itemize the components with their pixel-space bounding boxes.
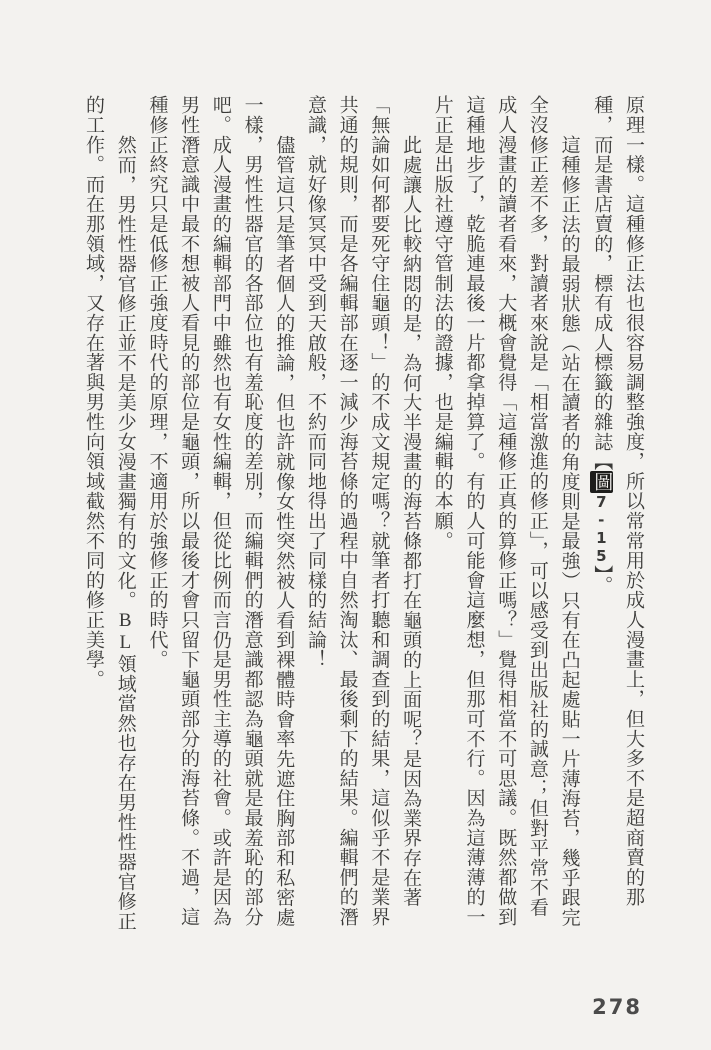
text-column: 原理一樣。這種修正法也很容易調整強度，所以常常用於成人漫畫上，但大多不是超商賣的… [617, 95, 649, 910]
text-column: 然而，男性性器官修正並不是美少女漫畫獨有的文化。BL領域當然也存在男性性器官修正 [109, 95, 141, 910]
text-segment: 成人漫畫的讀者看來，大概會覺得「這種修正真的算修正嗎？」覺得相當不可思議。既然都… [495, 95, 516, 927]
text-segment: 片正是出版社遵守管制法的證據，也是編輯的本願。 [432, 95, 453, 550]
text-segment: 「無論如何都要死守住龜頭！」的不成文規定嗎？就筆者打聽和調查到的結果，這似乎不是… [368, 95, 389, 927]
text-column: 一樣，男性性器官的各部位也有羞恥度的差別，而編輯們的潛意識都認為龜頭就是最羞恥的… [236, 95, 268, 910]
page-number: 278 [592, 995, 642, 1019]
text-segment: 然而，男性性器官修正並不是美少女漫畫獨有的文化。 [115, 135, 136, 610]
text-column: 共通的規則，而是各編輯部在逐一減少海苔條的過程中自然淘汰、最後剩下的結果。編輯們… [331, 95, 363, 910]
text-column: 這種地步了，乾脆連最後一片都拿掉算了。有的人可能會這麼想，但那可不行。因為這薄薄… [458, 95, 490, 910]
text-column: 吧。成人漫畫的編輯部門中雖然也有女性編輯，但從比例而言仍是男性主導的社會。或許是… [204, 95, 236, 910]
text-segment: 種修正終究只是低修正強度時代的原理，不適用於強修正的時代。 [146, 95, 167, 669]
text-column: 的工作。而在那領域，又存在著與男性向領域截然不同的修正美學。 [77, 95, 109, 910]
text-column: 「無論如何都要死守住龜頭！」的不成文規定嗎？就筆者打聽和調查到的結果，這似乎不是… [363, 95, 395, 910]
text-segment: 】。 [591, 565, 612, 595]
text-segment: 一樣，男性性器官的各部位也有羞恥度的差別，而編輯們的潛意識都認為龜頭就是最羞恥的… [242, 95, 263, 927]
text-segment: 吧。成人漫畫的編輯部門中雖然也有女性編輯，但從比例而言仍是男性主導的社會。或許是… [210, 95, 231, 927]
text-column: 片正是出版社遵守管制法的證據，也是編輯的本願。 [426, 95, 458, 910]
text-segment: 原理一樣。這種修正法也很容易調整強度，所以常常用於成人漫畫上，但大多不是超商賣的… [623, 95, 644, 907]
text-segment: 意識，就好像冥冥中受到天啟般，不約而同地得出了同樣的結論！ [305, 95, 326, 669]
text-segment: 領域當然也存在男性性器官修正 [115, 654, 136, 931]
text-column: 儘管這只是筆者個人的推論，但也許就像女性突然被人看到裸體時會率先遮住胸部和私密處 [268, 95, 300, 910]
book-page: 原理一樣。這種修正法也很容易調整強度，所以常常用於成人漫畫上，但大多不是超商賣的… [0, 0, 711, 1050]
figure-ref-box: 圖 [590, 471, 613, 493]
text-segment: 這種修正法的最弱狀態（站在讀者的角度則是最強）只有在凸起處貼一片薄海苔，幾乎跟完 [559, 135, 580, 927]
text-segment: 男性潛意識中最不想被人看見的部位是龜頭，所以最後才會只留下龜頭部分的海苔條。不過… [178, 95, 199, 927]
text-segment: 7-15 [592, 493, 610, 565]
text-column: 男性潛意識中最不想被人看見的部位是龜頭，所以最後才會只留下龜頭部分的海苔條。不過… [172, 95, 204, 910]
text-column: 全沒修正差不多，對讀者來說是「相當激進的修正」，可以感受到出版社的誠意；但對平常… [521, 95, 553, 910]
text-segment: 儘管這只是筆者個人的推論，但也許就像女性突然被人看到裸體時會率先遮住胸部和私密處 [273, 135, 294, 927]
text-segment: 此處讓人比較納悶的是，為何大半漫畫的海苔條都打在龜頭的上面呢？是因為業界存在著 [400, 135, 421, 907]
article-vertical-text: 原理一樣。這種修正法也很容易調整強度，所以常常用於成人漫畫上，但大多不是超商賣的… [77, 95, 649, 910]
text-column: 種，而是書店賣的，標有成人標籤的雜誌【圖7-15】。 [585, 95, 618, 910]
text-column: 意識，就好像冥冥中受到天啟般，不約而同地得出了同樣的結論！ [299, 95, 331, 910]
text-segment: 的工作。而在那領域，又存在著與男性向領域截然不同的修正美學。 [83, 95, 104, 689]
text-segment: 全沒修正差不多，對讀者來說是「相當激進的修正」，可以感受到出版社的誠意；但對平常… [527, 95, 548, 917]
text-column: 種修正終究只是低修正強度時代的原理，不適用於強修正的時代。 [141, 95, 173, 910]
text-segment: BL [115, 610, 136, 654]
text-column: 成人漫畫的讀者看來，大概會覺得「這種修正真的算修正嗎？」覺得相當不可思議。既然都… [489, 95, 521, 910]
text-segment: 這種地步了，乾脆連最後一片都拿掉算了。有的人可能會這麼想，但那可不行。因為這薄薄… [463, 95, 484, 927]
text-segment: 種，而是書店賣的，標有成人標籤的雜誌【 [591, 95, 612, 471]
text-segment: 共通的規則，而是各編輯部在逐一減少海苔條的過程中自然淘汰、最後剩下的結果。編輯們… [337, 95, 358, 927]
text-column: 此處讓人比較納悶的是，為何大半漫畫的海苔條都打在龜頭的上面呢？是因為業界存在著 [394, 95, 426, 910]
text-column: 這種修正法的最弱狀態（站在讀者的角度則是最強）只有在凸起處貼一片薄海苔，幾乎跟完 [553, 95, 585, 910]
